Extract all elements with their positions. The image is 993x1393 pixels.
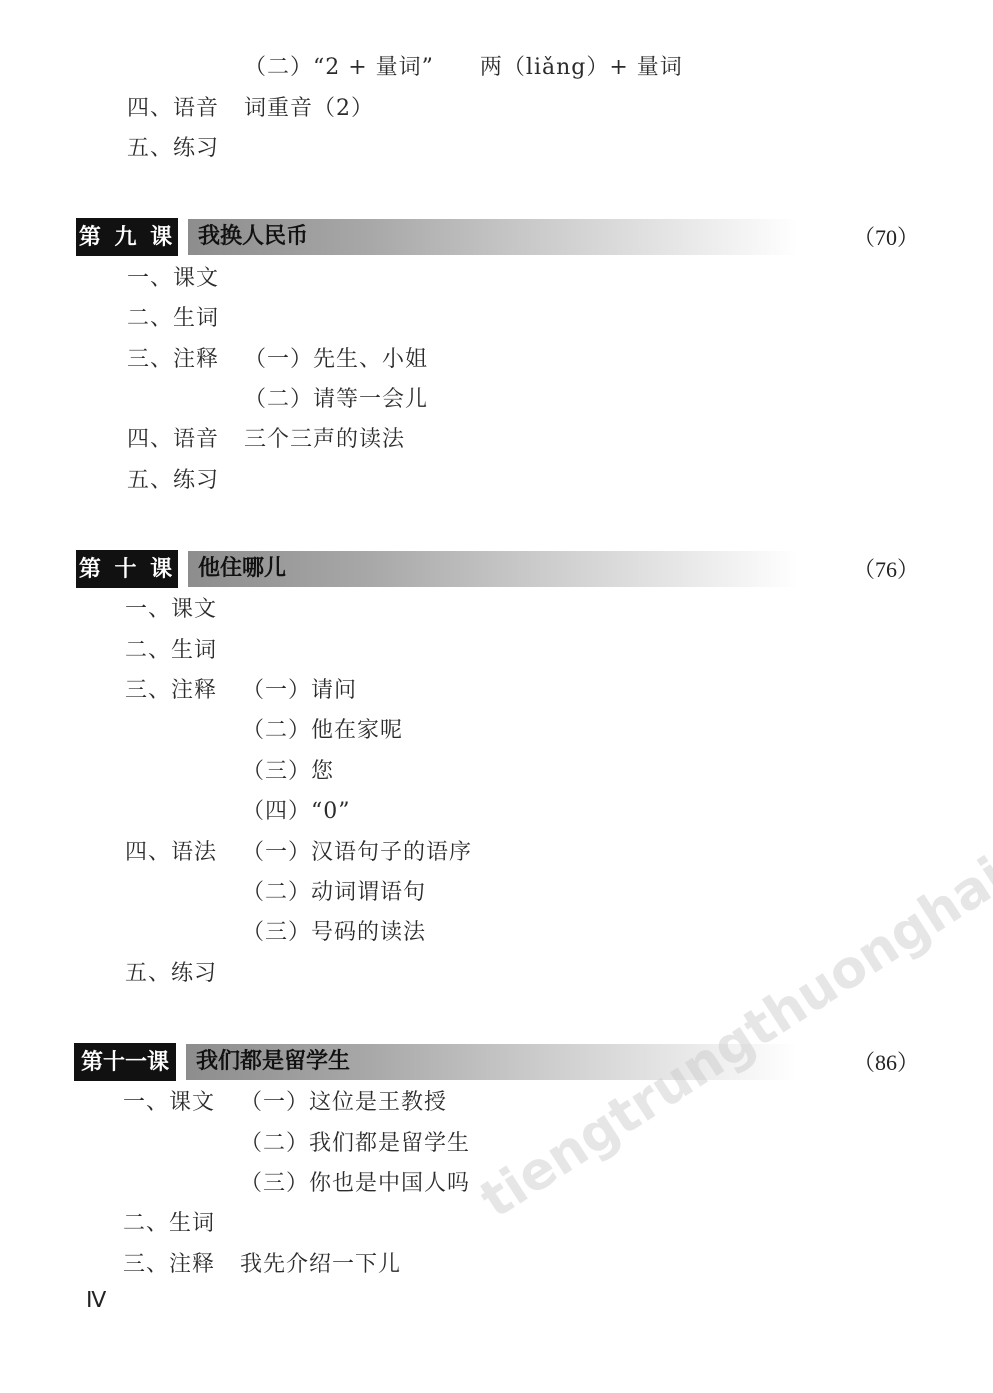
toc-row-label: 四、语法 xyxy=(125,839,217,867)
toc-row-label: 五、练习 xyxy=(125,960,217,988)
toc-row-label: 一、课文 xyxy=(123,1089,215,1117)
lesson-number-badge: 第 十 课 xyxy=(76,550,178,588)
lesson-title: 我们都是留学生 xyxy=(196,1044,350,1080)
toc-row-content: （三）你也是中国人吗 xyxy=(240,1170,470,1198)
toc-row-content: （三）您 xyxy=(242,758,334,786)
toc-row-content: 我先介绍一下儿 xyxy=(240,1251,401,1279)
toc-row-label: 五、练习 xyxy=(127,135,219,163)
toc-row-content: （一）这位是王教授 xyxy=(240,1089,447,1117)
lesson-title-bar: 我换人民币 xyxy=(188,219,798,255)
toc-row-label: 三、注释 xyxy=(123,1251,215,1279)
lesson-number-badge: 第 九 课 xyxy=(76,218,178,256)
lesson-header[interactable]: 第十一课 我们都是留学生 xyxy=(74,1043,794,1081)
toc-row-label: 二、生词 xyxy=(127,305,219,333)
lesson-page-number[interactable]: （70） xyxy=(853,224,919,252)
watermark-text: tiengtrungthuonghai.vn xyxy=(470,797,993,1230)
toc-row-label: 二、生词 xyxy=(123,1210,215,1238)
lesson-title: 我换人民币 xyxy=(198,219,308,255)
toc-row-label: 三、注释 xyxy=(127,346,219,374)
lesson-header[interactable]: 第 九 课 我换人民币 xyxy=(76,218,796,256)
lesson-page-number[interactable]: （86） xyxy=(853,1049,919,1077)
toc-row-content: （一）汉语句子的语序 xyxy=(242,839,472,867)
lesson-title: 他住哪儿 xyxy=(198,551,286,587)
lesson-number-badge: 第十一课 xyxy=(74,1043,176,1081)
toc-row-content: 三个三声的读法 xyxy=(244,426,405,454)
toc-row-label: 二、生词 xyxy=(125,637,217,665)
toc-row-content: （二）请等一会儿 xyxy=(244,386,428,414)
toc-row-label: 一、课文 xyxy=(125,596,217,624)
page-folio: Ⅳ xyxy=(86,1287,106,1313)
lesson-header[interactable]: 第 十 课 他住哪儿 xyxy=(76,550,796,588)
toc-row-content: （二）动词谓语句 xyxy=(242,879,426,907)
toc-row-content: （四）“0” xyxy=(242,798,351,826)
toc-row-content: （二）他在家呢 xyxy=(242,717,403,745)
toc-row-label: 五、练习 xyxy=(127,467,219,495)
toc-row-label: 四、语音 xyxy=(127,426,219,454)
lesson-title-bar: 我们都是留学生 xyxy=(186,1044,796,1080)
toc-row-content: （二）“2 + 量词” 两（liǎng）+ 量词 xyxy=(244,55,683,80)
toc-row-label: 三、注释 xyxy=(125,677,217,705)
toc-row-content: 词重音（2） xyxy=(244,95,374,123)
lesson-title-bar: 他住哪儿 xyxy=(188,551,798,587)
toc-row-label: 四、语音 xyxy=(127,95,219,123)
toc-row-content: （二）我们都是留学生 xyxy=(240,1130,470,1158)
toc-row: （二）“2 + 量词” 两（liǎng）+ 量词 xyxy=(244,54,683,82)
toc-row-content: （一）先生、小姐 xyxy=(244,346,428,374)
toc-row-label: 一、课文 xyxy=(127,265,219,293)
toc-row-content: （一）请问 xyxy=(242,677,357,705)
toc-row-content: （三）号码的读法 xyxy=(242,919,426,947)
lesson-page-number[interactable]: （76） xyxy=(853,556,919,584)
